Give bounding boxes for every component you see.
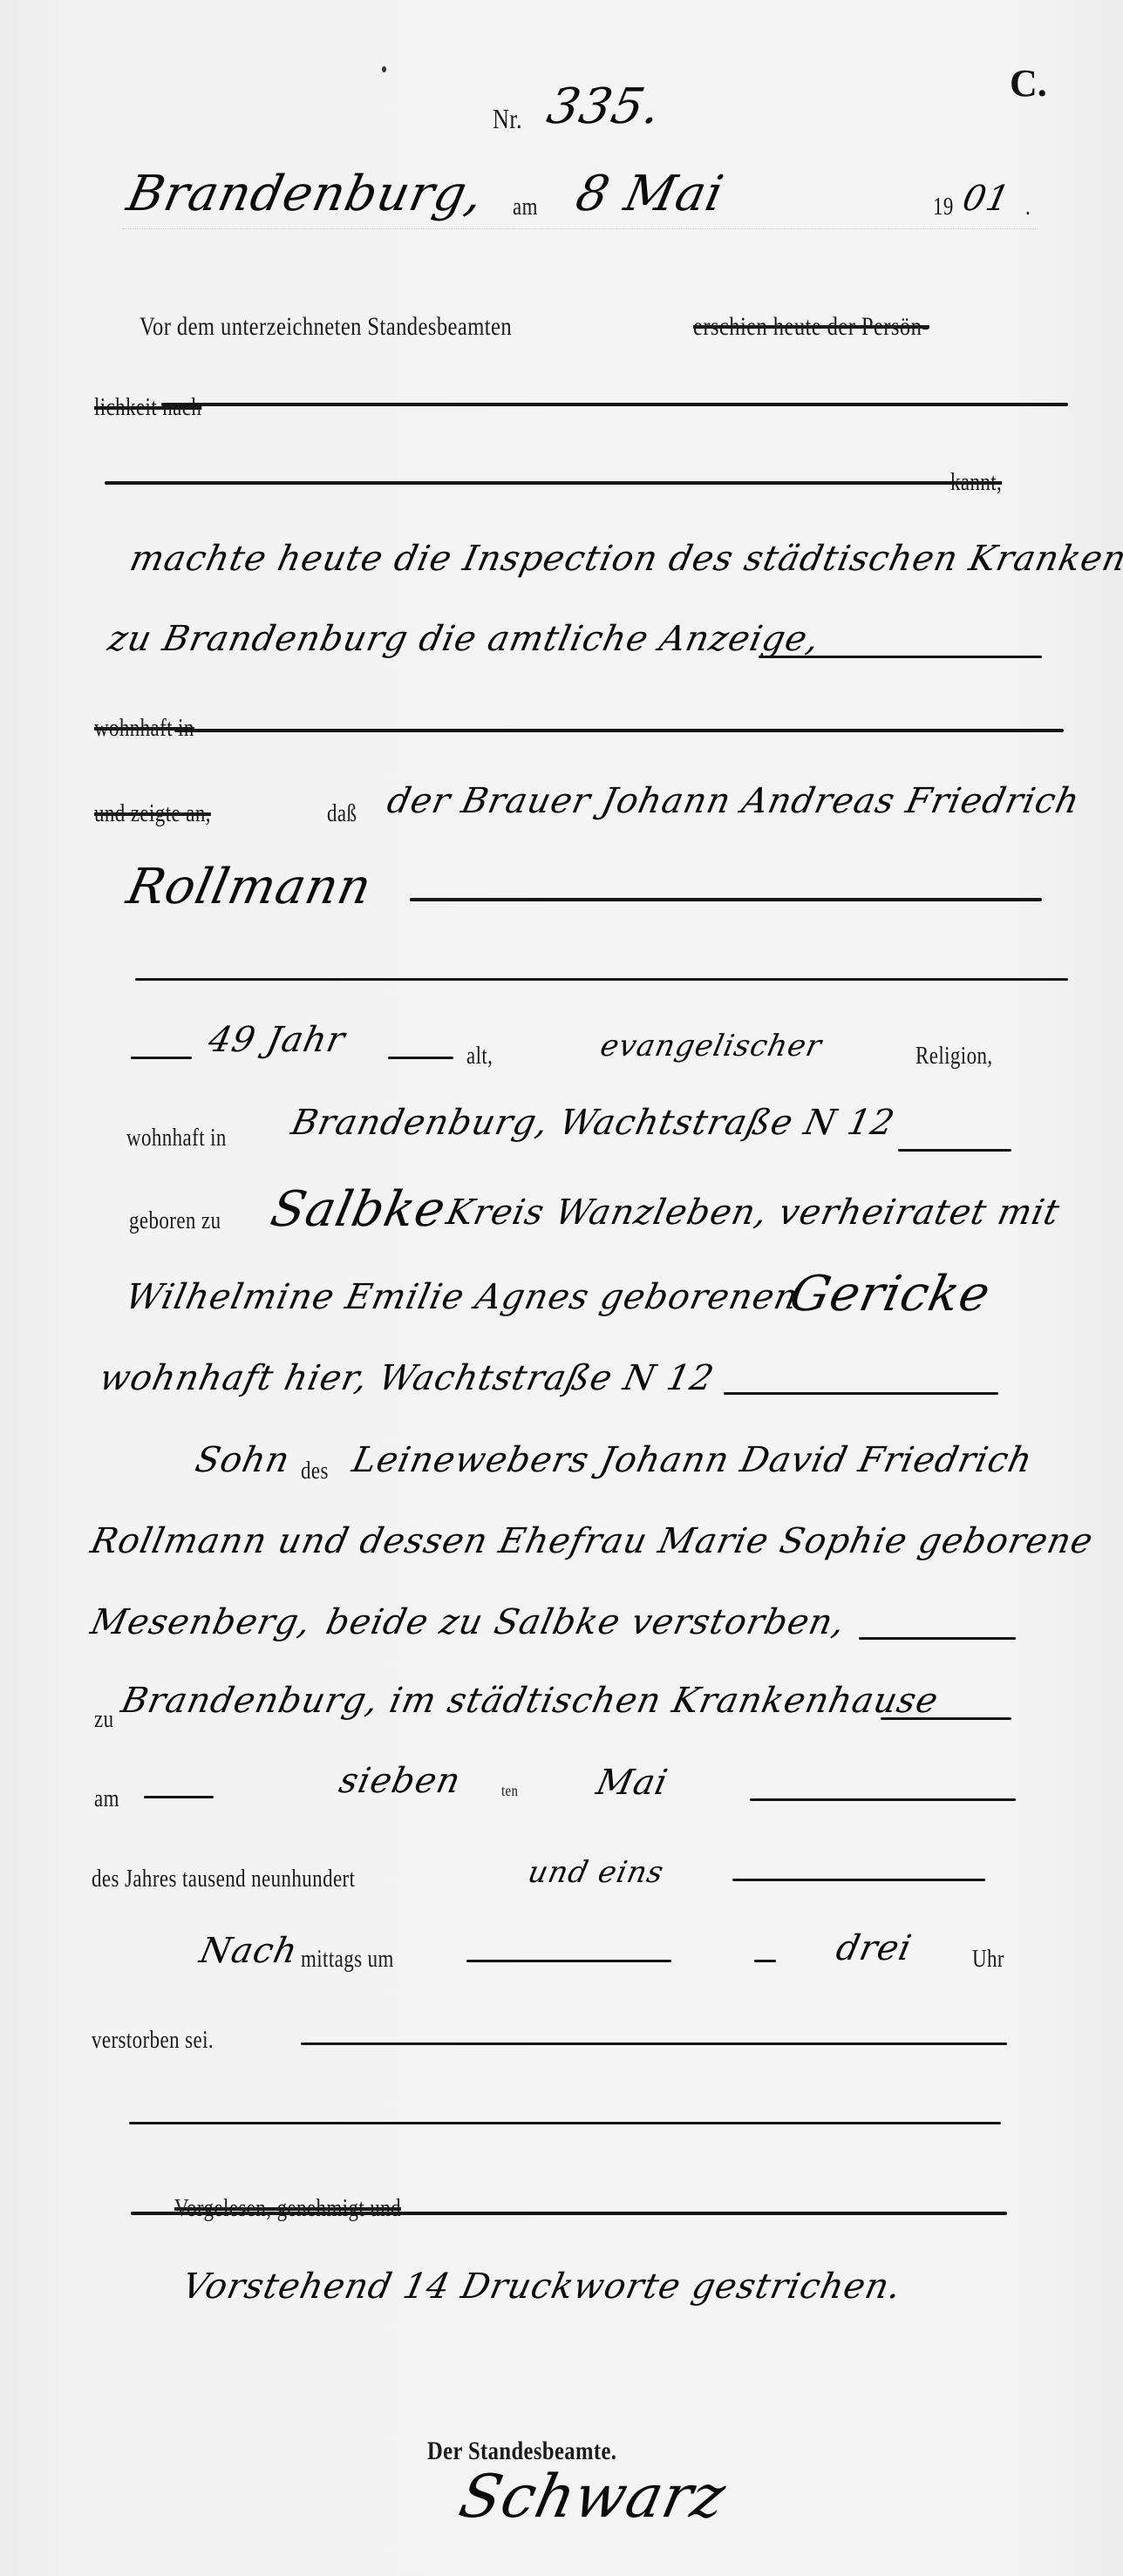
strike-rule bbox=[174, 729, 1064, 732]
death-year-label: des Jahres tausend neunhundert bbox=[92, 1866, 355, 1893]
religion-label: Religion, bbox=[915, 1043, 993, 1071]
fill-rule bbox=[301, 2042, 1007, 2045]
announce-struck-text: und zeigte an, bbox=[94, 800, 211, 828]
spouse-maiden: Gericke bbox=[785, 1266, 996, 1322]
fill-rule bbox=[410, 898, 1042, 901]
age-label: alt, bbox=[466, 1043, 493, 1071]
signature: Schwarz bbox=[453, 2463, 732, 2532]
birth-label: geboren zu bbox=[129, 1207, 221, 1235]
age-value: 49 Jahr bbox=[205, 1020, 349, 1060]
parents-son: Sohn bbox=[192, 1440, 294, 1480]
date-label: am bbox=[513, 194, 538, 221]
line3-struck-text: kannt, bbox=[950, 469, 1002, 497]
residence-label: wohnhaft in bbox=[126, 1125, 227, 1152]
birth-detail: Kreis Wanzleben, verheiratet mit bbox=[443, 1193, 1064, 1233]
deceased-surname: Rollmann bbox=[122, 859, 377, 915]
date-value: 8 Mai bbox=[571, 166, 729, 222]
document-page: C. Nr. 335. Brandenburg, am 8 Mai 19 01 … bbox=[0, 0, 1123, 2576]
fill-rule bbox=[135, 978, 1068, 981]
fill-rule bbox=[759, 656, 1042, 658]
time-value-b: drei bbox=[833, 1928, 915, 1968]
fill-rule bbox=[750, 1798, 1016, 1801]
closing-struck-text: Vorgelesen, genehmigt und bbox=[174, 2195, 401, 2223]
fill-rule bbox=[144, 1796, 214, 1798]
fill-rule bbox=[881, 1717, 1011, 1720]
form-letter: C. bbox=[1010, 61, 1047, 105]
fill-rule bbox=[466, 1960, 671, 1962]
birth-place: Salbke bbox=[266, 1181, 451, 1238]
year-prefix: 19 bbox=[933, 194, 954, 221]
intro-struck-text: erschien heute der Persön- bbox=[693, 312, 929, 342]
spouse-residence: wohnhaft hier, Wachtstraße N 12 bbox=[96, 1358, 718, 1398]
parents-mother-maiden: Mesenberg, bbox=[87, 1602, 315, 1642]
fill-rule bbox=[754, 1960, 776, 1962]
annotation: Vorstehend 14 Druckworte gestrichen. bbox=[179, 2267, 905, 2307]
informant-line1: machte heute die Inspection des städtisc… bbox=[126, 539, 1123, 579]
year-dot: . bbox=[1025, 194, 1031, 221]
informant-line2: zu Brandenburg die amtliche Anzeige, bbox=[105, 619, 823, 659]
death-year-value: und eins bbox=[525, 1855, 667, 1890]
place: Brandenburg, bbox=[122, 166, 489, 222]
intro-text: Vor dem unterzeichneten Standesbeamten bbox=[140, 312, 512, 342]
place-of-death-value: Brandenburg, im städtischen Krankenhause bbox=[118, 1681, 943, 1721]
death-day-suffix: ten bbox=[501, 1782, 518, 1800]
strike-rule bbox=[105, 481, 998, 485]
ink-dot bbox=[382, 66, 386, 72]
spouse-line: Wilhelmine Emilie Agnes geborenen bbox=[122, 1277, 802, 1317]
fill-rule bbox=[732, 1879, 985, 1881]
death-month-value: Mai bbox=[593, 1763, 671, 1803]
parents-line2: Rollmann und dessen Ehefrau Marie Sophie… bbox=[87, 1521, 1097, 1561]
line2-struck-text: lichkeit nach bbox=[94, 394, 201, 422]
fill-rule bbox=[898, 1149, 1011, 1152]
time-value-a: Nach bbox=[196, 1931, 302, 1971]
official-label: Der Standesbeamte. bbox=[427, 2437, 616, 2466]
parents-line3: beide zu Salbke verstorben, bbox=[323, 1602, 849, 1642]
register-prefix: Nr. bbox=[493, 103, 522, 135]
fill-rule bbox=[131, 1057, 192, 1059]
death-day-value: sieben bbox=[336, 1761, 465, 1801]
announce-text: daß bbox=[327, 800, 357, 828]
religion-value: evangelischer bbox=[597, 1029, 825, 1064]
strike-rule bbox=[161, 403, 1068, 406]
fill-rule bbox=[129, 2122, 1001, 2124]
residence-value: Brandenburg, Wachtstraße N 12 bbox=[288, 1103, 898, 1143]
fill-rule bbox=[724, 1392, 998, 1395]
register-number: 335. bbox=[542, 78, 667, 135]
year-suffix: 01 bbox=[959, 179, 1014, 219]
place-of-death-label: zu bbox=[94, 1706, 113, 1734]
death-day-label: am bbox=[94, 1785, 119, 1813]
fill-rule bbox=[859, 1637, 1016, 1640]
died-label: verstorben sei. bbox=[92, 2027, 214, 2055]
fill-rule bbox=[388, 1057, 453, 1059]
time-label: mittags um bbox=[301, 1946, 394, 1974]
parents-father: Leinewebers Johann David Friedrich bbox=[349, 1440, 1036, 1480]
deceased-line1: der Brauer Johann Andreas Friedrich bbox=[384, 781, 1084, 821]
dotted-guide bbox=[122, 228, 1038, 229]
time-unit: Uhr bbox=[972, 1946, 1004, 1974]
parents-des: des bbox=[301, 1458, 329, 1485]
